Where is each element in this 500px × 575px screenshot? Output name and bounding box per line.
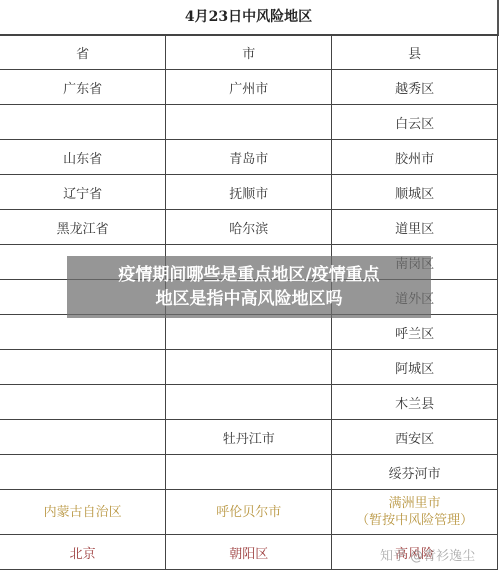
table-row: 白云区	[0, 105, 498, 140]
cell-county: 越秀区	[332, 70, 498, 105]
cell-county: 呼兰区	[332, 315, 498, 350]
cell-county: 绥芬河市	[332, 455, 498, 490]
cell-province	[0, 105, 166, 140]
cell-city	[166, 350, 332, 385]
cell-province: 广东省	[0, 70, 166, 105]
table-row: 牡丹江市西安区	[0, 420, 498, 455]
cell-city: 牡丹江市	[166, 420, 332, 455]
table-row: 木兰县	[0, 385, 498, 420]
cell-province: 北京	[0, 535, 166, 570]
header-row: 省 市 县	[0, 35, 498, 70]
cell-county: 白云区	[332, 105, 498, 140]
cell-province	[0, 315, 166, 350]
headline-overlay: 疫情期间哪些是重点地区/疫情重点 地区是指中高风险地区吗	[67, 256, 431, 318]
cell-city	[166, 105, 332, 140]
cell-county: 阿城区	[332, 350, 498, 385]
cell-county: 满洲里市 （暂按中风险管理）	[332, 490, 498, 535]
cell-city	[166, 315, 332, 350]
table-row: 呼兰区	[0, 315, 498, 350]
cell-city: 哈尔滨	[166, 210, 332, 245]
watermark: 知乎 @青衫逸尘	[380, 545, 475, 564]
cell-county: 胶州市	[332, 140, 498, 175]
cell-county: 西安区	[332, 420, 498, 455]
table-row: 绥芬河市	[0, 455, 498, 490]
header-province: 省	[0, 35, 166, 70]
header-city: 市	[166, 35, 332, 70]
cell-city	[166, 385, 332, 420]
table-row: 黑龙江省哈尔滨道里区	[0, 210, 498, 245]
header-county: 县	[332, 35, 498, 70]
cell-province	[0, 350, 166, 385]
table-row: 阿城区	[0, 350, 498, 385]
cell-province	[0, 385, 166, 420]
table-row: 内蒙古自治区呼伦贝尔市满洲里市 （暂按中风险管理）	[0, 490, 498, 535]
table-row: 辽宁省抚顺市顺城区	[0, 175, 498, 210]
cell-city: 广州市	[166, 70, 332, 105]
cell-province: 辽宁省	[0, 175, 166, 210]
cell-county: 木兰县	[332, 385, 498, 420]
cell-city: 呼伦贝尔市	[166, 490, 332, 535]
cell-province	[0, 420, 166, 455]
cell-province: 黑龙江省	[0, 210, 166, 245]
cell-province: 内蒙古自治区	[0, 490, 166, 535]
cell-city: 抚顺市	[166, 175, 332, 210]
headline-line-2: 地区是指中高风险地区吗	[67, 287, 431, 311]
cell-city	[166, 455, 332, 490]
cell-province	[0, 455, 166, 490]
cell-county: 道里区	[332, 210, 498, 245]
cell-city: 朝阳区	[166, 535, 332, 570]
table-row: 广东省广州市越秀区	[0, 70, 498, 105]
cell-county: 顺城区	[332, 175, 498, 210]
cell-city: 青岛市	[166, 140, 332, 175]
table-title: 4月23日中风险地区	[0, 0, 499, 36]
headline-line-1: 疫情期间哪些是重点地区/疫情重点	[67, 263, 431, 287]
table-row: 山东省青岛市胶州市	[0, 140, 498, 175]
cell-province: 山东省	[0, 140, 166, 175]
